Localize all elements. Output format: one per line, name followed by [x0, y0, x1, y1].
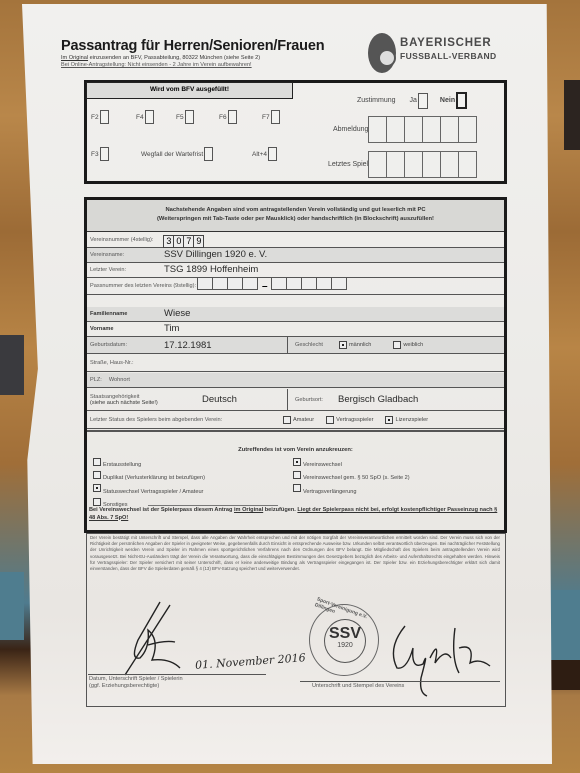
geschlecht-group: Geschlecht männlich weiblich	[292, 341, 423, 349]
background-object	[550, 660, 580, 690]
stamp-name: SSV	[325, 626, 365, 642]
legal-text: Der Verein bestätigt mit Unterschrift un…	[90, 535, 500, 572]
status-options: Amateur Vertragsspieler Lizenzspieler	[283, 416, 428, 424]
ja-checkbox[interactable]	[418, 93, 428, 109]
weiblich-label: weiblich	[403, 342, 423, 348]
geschlecht-label: Geschlecht	[292, 342, 323, 348]
instructions-line-1: Nachstehende Angaben sind vom antragstel…	[87, 206, 504, 215]
background-object	[0, 572, 24, 640]
vertragsspieler-label: Vertragsspieler	[336, 417, 373, 423]
geburtsort-field[interactable]: Bergisch Gladbach	[338, 394, 418, 405]
stamp-inner: SSV 1920	[324, 619, 366, 663]
form-subtitle: Im Original einzusenden an BFV, Passabte…	[61, 55, 260, 61]
vereinsname-row: Vereinsname: SSV Dillingen 1920 e. V.	[87, 248, 504, 263]
divider	[287, 337, 288, 353]
vorname-label: Vorname	[87, 326, 114, 332]
field-f5[interactable]: F5	[176, 110, 194, 124]
field-label: F4	[136, 114, 144, 121]
field-f7[interactable]: F7	[262, 110, 280, 124]
digit-cell[interactable]: 9	[193, 235, 204, 248]
subtitle-link: Im Original	[61, 55, 88, 61]
vereinswechsel-note: Bei Vereinswechsel ist der Spielerpass d…	[89, 507, 499, 522]
vertragsspieler-checkbox[interactable]	[326, 416, 334, 424]
zustimmung-label: Zustimmung	[357, 97, 396, 104]
field-alt4[interactable]: Alt+4	[252, 147, 277, 161]
wohnort-label: Wohnort	[106, 377, 130, 383]
ankreuzen-left-options: Erstausstellung Duplikat (Verlusterkläru…	[93, 457, 278, 510]
abmeldung-row: Abmeldung	[333, 116, 477, 143]
checkbox[interactable]	[100, 147, 109, 161]
field-label: Wegfall der Wartefrist	[141, 151, 203, 158]
amateur-checkbox[interactable]	[283, 416, 291, 424]
checkbox[interactable]	[228, 110, 237, 124]
strasse-row: Straße, Haus-Nr.:	[87, 355, 504, 372]
bfv-logo-icon	[368, 33, 396, 73]
option-vertragsverlaengerung[interactable]: Vertragsverlängerung	[293, 484, 410, 497]
logo-text: BAYERISCHER	[400, 37, 491, 49]
instructions-line-2: (Weiterspringen mit Tab-Taste oder per M…	[87, 215, 504, 224]
ja-label: Ja	[410, 97, 417, 104]
option-vereinswechsel-50[interactable]: Vereinswechsel gem. § 50 SpO (s. Seite 2…	[293, 470, 410, 483]
abmeldung-label: Abmeldung	[333, 126, 368, 133]
vereinsnummer-row: Vereinsnummer (4stellig): 3079	[87, 233, 504, 248]
nein-label: Nein	[440, 97, 455, 104]
checkbox[interactable]	[271, 110, 280, 124]
passnummer-row: Passnummer des letzten Vereins (9stellig…	[87, 278, 504, 295]
maennlich-label: männlich	[349, 342, 371, 348]
staats-label-line2: (siehe auch nächste Seite!)	[90, 400, 158, 406]
letztes-spiel-label: Letztes Spiel	[328, 161, 368, 168]
vereinsnummer-label: Vereinsnummer (4stellig):	[87, 237, 153, 243]
logo-subtext: FUSSBALL-VERBAND	[400, 51, 497, 61]
geburtsdatum-label: Geburtsdatum:	[87, 342, 127, 348]
vorname-field[interactable]: Tim	[164, 323, 179, 334]
option-erstausstellung[interactable]: Erstausstellung	[93, 457, 278, 470]
field-label: F6	[219, 114, 227, 121]
field-label: F5	[176, 114, 184, 121]
option-label: Duplikat (Verlusterklärung ist beizufüge…	[103, 475, 205, 481]
option-label: Vertragsverlängerung	[303, 489, 357, 495]
maennlich-checkbox[interactable]	[339, 341, 347, 349]
bfv-section-header: Wird vom BFV ausgefüllt!	[86, 82, 293, 99]
club-stamp: Sport-Vereinigung e.V. Dillingen SSV 192…	[309, 604, 379, 676]
checkbox[interactable]	[268, 147, 277, 161]
note-emphasis: im Original	[234, 507, 263, 513]
familienname-label: Familienname	[87, 311, 127, 317]
checkbox[interactable]	[100, 110, 109, 124]
background-object	[564, 80, 580, 150]
geburtsort-label: Geburtsort:	[292, 397, 323, 403]
staats-label: Staatsangehörigkeit(siehe auch nächste S…	[87, 394, 158, 406]
letztes-spiel-date-input[interactable]	[369, 151, 477, 178]
form-title: Passantrag für Herren/Senioren/Frauen	[61, 38, 324, 54]
passnummer-label: Passnummer des letzten Vereins (9stellig…	[87, 283, 196, 289]
staatsangehoerigkeit-field[interactable]: Deutsch	[202, 394, 237, 405]
option-label: Erstausstellung	[103, 462, 141, 468]
signature-line	[300, 681, 500, 682]
weiblich-checkbox[interactable]	[393, 341, 401, 349]
club-signature-caption: Unterschrift und Stempel des Vereins	[312, 683, 404, 689]
background-object	[550, 590, 580, 660]
letzter-verein-field[interactable]: TSG 1899 Hoffenheim	[164, 264, 258, 275]
strasse-label: Straße, Haus-Nr.:	[87, 360, 134, 366]
ankreuzen-right-options: Vereinswechsel Vereinswechsel gem. § 50 …	[293, 457, 410, 497]
divider	[87, 430, 504, 432]
staatsangehoerigkeit-row: Staatsangehörigkeit(siehe auch nächste S…	[87, 389, 504, 411]
divider	[287, 389, 288, 410]
field-f2[interactable]: F2	[91, 110, 109, 124]
passnummer-separator: –	[262, 281, 268, 292]
geburtsdatum-row: Geburtsdatum: 17.12.1981 Geschlecht männ…	[87, 337, 504, 354]
field-label: Alt+4	[252, 151, 267, 158]
familienname-field[interactable]: Wiese	[164, 308, 190, 319]
background-object	[0, 335, 24, 395]
field-label: F7	[262, 114, 270, 121]
field-label: F2	[91, 114, 99, 121]
note-text: beizufügen.	[263, 507, 297, 513]
status-row: Letzter Status des Spielers beim abgeben…	[87, 412, 504, 429]
amateur-label: Amateur	[293, 417, 314, 423]
status-label: Letzter Status des Spielers beim abgeben…	[87, 417, 222, 423]
ankreuzen-header: Zutreffendes ist vom Verein anzukreuzen:	[87, 447, 504, 453]
option-label: Vereinswechsel	[303, 462, 342, 468]
option-vereinswechsel[interactable]: Vereinswechsel	[293, 457, 410, 470]
letzter-verein-label: Letzter Verein:	[87, 267, 126, 273]
vereinsnummer-input[interactable]: 3079	[164, 231, 204, 249]
field-f4[interactable]: F4	[136, 110, 154, 124]
checkbox[interactable]	[204, 147, 213, 161]
sonstiges-input[interactable]	[148, 505, 278, 506]
option-statuswechsel[interactable]: Statuswechsel Vertragsspieler / Amateur	[93, 484, 278, 497]
lizenzspieler-checkbox[interactable]	[385, 416, 393, 424]
geburtsdatum-field[interactable]: 17.12.1981	[164, 340, 212, 351]
instructions: Nachstehende Angaben sind vom antragstel…	[87, 200, 504, 232]
abmeldung-date-input[interactable]	[369, 116, 477, 143]
familienname-row: Familienname Wiese	[87, 307, 504, 322]
option-label: Statuswechsel Vertragsspieler / Amateur	[103, 489, 203, 495]
field-wegfall[interactable]: Wegfall der Wartefrist	[141, 147, 213, 161]
passnummer-input-part2[interactable]	[272, 277, 347, 295]
subtitle-text: einzusenden an BFV, Passabteilung, 80322…	[88, 55, 260, 61]
zustimmung-row: Zustimmung Ja Nein	[357, 92, 467, 109]
letzter-verein-row: Letzter Verein: TSG 1899 Hoffenheim	[87, 263, 504, 278]
player-signature-caption: Datum, Unterschrift Spieler / Spielerin(…	[89, 676, 183, 690]
passnummer-input-part1[interactable]	[198, 277, 258, 295]
checkbox[interactable]	[145, 110, 154, 124]
vereinsname-field[interactable]: SSV Dillingen 1920 e. V.	[164, 249, 267, 260]
stamp-year: 1920	[325, 642, 365, 649]
vereinsname-label: Vereinsname:	[87, 252, 124, 258]
form-subtitle-online: Bei Online-Antragstellung: Nicht einsend…	[61, 62, 252, 68]
plz-label: PLZ:	[87, 377, 102, 383]
vorname-row: Vorname Tim	[87, 322, 504, 337]
caption-line2: (ggf. Erziehungsberechtigte)	[89, 683, 159, 689]
plz-row: PLZ: Wohnort	[87, 373, 504, 388]
field-label: F3	[91, 151, 99, 158]
nein-checkbox[interactable]	[456, 92, 467, 109]
caption-line1: Datum, Unterschrift Spieler / Spielerin	[89, 676, 183, 682]
option-duplikat[interactable]: Duplikat (Verlusterklärung ist beizufüge…	[93, 470, 278, 483]
checkbox[interactable]	[185, 110, 194, 124]
field-f6[interactable]: F6	[219, 110, 237, 124]
lizenzspieler-label: Lizenzspieler	[395, 417, 428, 423]
note-text: Bei Vereinswechsel ist der Spielerpass d…	[89, 507, 234, 513]
option-label: Vereinswechsel gem. § 50 SpO (s. Seite 2…	[303, 475, 410, 481]
field-f3[interactable]: F3	[91, 147, 109, 161]
letztes-spiel-row: Letztes Spiel	[328, 151, 477, 178]
signature-line	[88, 674, 266, 675]
